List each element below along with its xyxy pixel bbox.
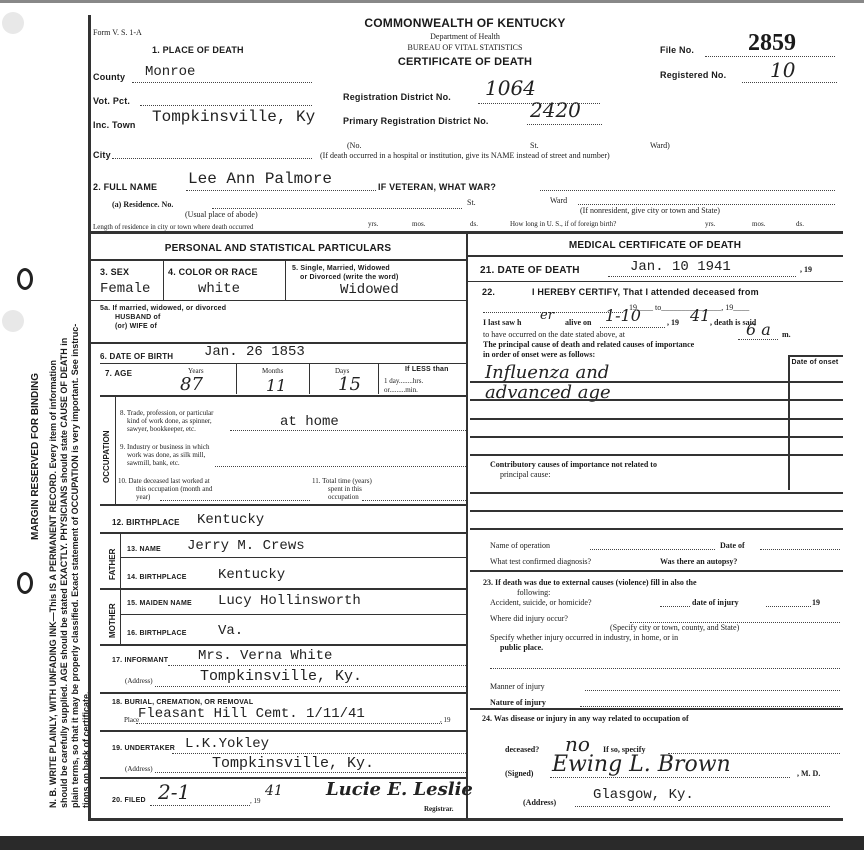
trade-label-2: kind of work done, as spinner, [127,417,212,425]
certificate-title: CERTIFICATE OF DEATH [330,56,600,68]
attended-line: , 19____ to_______________, 19____ [625,303,749,312]
mother-section-rule [100,644,466,646]
accident-line [660,606,690,607]
nature-rule [470,708,843,710]
md-label: , M. D. [797,769,820,778]
cause-rule-3 [470,418,843,420]
city-label: City [93,150,111,160]
medical-section-title: MEDICAL CERTIFICATE OF DEATH [470,240,840,251]
physician-address-value: Glasgow, Ky. [593,787,694,803]
father-section-rule [100,588,466,590]
mother-name-value: Lucy Hollinsworth [218,593,361,609]
dod-label: 21. DATE OF DEATH [480,265,580,276]
undertaker-address-line [155,772,466,773]
contributory-text-2: principal cause: [500,470,550,479]
months-label: Months [262,367,283,375]
undertaker-line [172,753,466,754]
father-name-label: 13. NAME [127,546,161,553]
primary-district-line [527,124,602,125]
less-than-label: If LESS than [405,366,449,373]
operation-line [590,549,715,550]
father-bp-label: 14. BIRTHPLACE [127,574,187,581]
informant-address-label: (Address) [125,677,153,685]
age-label: 7. AGE [105,369,132,378]
mother-bp-label: 16. BIRTHPLACE [127,630,187,637]
less-day-label: 1 day........hrs. [384,377,423,385]
full-name-line [186,190,376,191]
occupation-side-label: OCCUPATION [102,430,111,483]
manner-line [585,690,840,691]
age-years-value: 87 [180,374,203,395]
dob-rule [100,363,466,364]
age-div-1 [236,364,237,394]
time-suffix: m. [782,330,791,339]
manner-label: Manner of injury [490,682,545,691]
veteran-line [540,190,835,191]
last-worked-label-2: this occupation (month and [136,485,212,493]
form-id: Form V. S. 1-A [93,28,142,37]
residence-ward-line [578,204,835,205]
informant-address-value: Tompkinsville, Ky. [200,668,362,685]
age-days-value: 15 [338,374,361,395]
total-time-label-2: spent in this [328,485,362,493]
age-months-value: 11 [266,376,286,395]
injury-year-label: 19 [812,598,820,607]
residence-label: (a) Residence. No. [112,200,173,209]
specify-line [490,668,840,669]
residence-st-label: St. [467,198,476,207]
father-side-label: FATHER [108,549,117,580]
date-of-label: Date of [720,541,745,550]
dod-suffix: , 19 [800,265,812,274]
registrar-label: Registrar. [424,805,453,813]
file-no-line [705,56,835,57]
father-name-rule [121,557,466,558]
personal-section-title: PERSONAL AND STATISTICAL PARTICULARS [92,243,464,254]
filed-year-value: 41 [265,783,283,799]
signed-line [550,777,790,778]
spouse-label-2: HUSBAND of [115,314,161,321]
occupation-side-divider [115,396,116,504]
last-saw-year-pre: , 19 [667,318,679,327]
scan-top-edge [0,0,864,3]
last-worked-label-3: year) [136,493,150,501]
city-ward-label: Ward) [650,141,670,150]
last-worked-line [160,500,310,501]
margin-instructions-3: plain terms, so that it may be properly … [70,324,81,808]
county-value: Monroe [145,64,195,80]
foreign-ds-label: ds. [796,220,804,228]
burial-rule [100,730,466,732]
physician-signature: Ewing L. Brown [552,752,731,777]
age-rule [100,395,466,397]
principal-text-1: The principal cause of death and related… [483,340,694,349]
external-text-1: 23. If death was due to external causes … [483,578,697,587]
cause-rule-2 [470,399,843,401]
residence-line [212,208,462,209]
time-value: 6 a [746,320,771,339]
injury-date-label: date of injury [692,598,739,607]
registrar-signature: Lucie E. Leslie [326,779,473,800]
birthplace-label: 12. BIRTHPLACE [112,518,180,527]
last-saw-date-line [600,327,665,328]
mother-name-label: 15. MAIDEN NAME [127,600,192,607]
cause-rule-4 [470,436,843,438]
foreign-birth-label: How long in U. S., if of foreign birth? [510,220,616,228]
nature-label: Nature of injury [490,698,546,707]
autopsy-label: Was there an autopsy? [660,557,737,566]
filed-year-prefix: , 19 [250,797,261,805]
birthplace-rule [100,532,466,534]
registered-no-label: Registered No. [660,70,726,80]
date-of-onset-label: Date of onset [790,359,840,366]
inc-town-label: Inc. Town [93,120,136,130]
accident-label: Accident, suicide, or homicide? [490,598,592,607]
residence-sub: (Usual place of abode) [185,210,258,219]
undertaker-address-label: (Address) [125,765,153,773]
place-of-death-label: 1. PLACE OF DEATH [152,45,244,55]
state-title: COMMONWEALTH OF KENTUCKY [330,16,600,30]
primary-district-label: Primary Registration District No. [343,116,489,126]
time-line [738,339,778,340]
city-note: (If death occurred in a hospital or inst… [320,151,610,160]
last-worked-label-1: 10. Date deceased last worked at [118,477,210,485]
binding-hole-bottom [17,572,33,594]
industry-label-3: sawmill, bank, etc. [127,459,180,467]
last-saw-date: 1-10 [605,306,641,325]
filed-line [150,805,250,806]
scan-bottom-edge [0,836,864,850]
where-note: (Specify city or town, county, and State… [610,623,739,632]
column-divider [466,232,468,820]
veteran-label: IF VETERAN, WHAT WAR? [378,182,496,192]
injury-date-line [766,606,811,607]
row3-rule [90,300,466,301]
margin-instructions-1: N. B. WRITE PLAINLY, WITH UNFADING INK—T… [48,360,59,808]
undertaker-value: L.K.Yokley [185,736,269,752]
trade-label-3: sawyer, bookkeeper, etc. [127,425,196,433]
external-text-2: following: [517,588,550,597]
burial-line [136,723,442,724]
city-st-label: St. [530,141,539,150]
margin-binding-note: MARGIN RESERVED FOR BINDING [30,373,41,540]
cause-rule-5 [470,454,843,456]
medical-title-rule [468,255,843,257]
undertaker-label: 19. UNDERTAKER [112,745,175,752]
inc-town-value: Tompkinsville, Ky [152,108,315,126]
department-name: Department of Health [330,32,600,41]
deceased-label: deceased? [505,745,539,754]
date-of-line [760,549,840,550]
contrib-rule-2 [470,510,843,512]
less-min-label: or.........min. [384,386,418,394]
last-saw-year: 41 [690,306,710,325]
informant-value: Mrs. Verna White [198,648,332,664]
full-name-value: Lee Ann Palmore [188,170,332,188]
physician-address-label: (Address) [523,798,556,807]
industry-label-1: 9. Industry or business in which [120,443,209,451]
undertaker-address-value: Tompkinsville, Ky. [212,755,374,772]
certify-num: 22. [482,287,495,297]
autopsy-rule [470,570,843,572]
form-left-border [88,15,91,820]
personal-title-rule [90,259,466,261]
total-time-label-1: 11. Total time (years) [312,477,372,485]
onset-top-rule [788,355,843,357]
occurred-text: to have occurred on the date stated abov… [483,330,625,339]
yrs-label: yrs. [368,220,378,228]
total-time-label-3: occupation [328,493,359,501]
occupation-rule [100,504,466,506]
residence-ward-label: Ward [550,196,567,205]
city-no-label: (No. [347,141,361,150]
vot-pct-label: Vot. Pct. [93,96,130,106]
certify-text: I HEREBY CERTIFY, That I attended deceas… [532,287,759,297]
spouse-label-1: 5a. If married, widowed, or divorced [100,305,226,312]
physician-address-line [575,806,830,807]
last-saw-pre: I last saw h [483,318,521,327]
contributory-text-1: Contributory causes of importance not re… [490,460,657,469]
spouse-label-3: (or) WIFE of [115,323,157,330]
registered-no-value: 10 [770,58,795,82]
last-saw-pronoun: er [540,308,554,323]
length-residence-label: Length of residence in city or town wher… [93,223,253,231]
binding-hole-top [17,268,33,290]
q24-text: 24. Was disease or injury in any way rel… [482,714,689,723]
trade-label-1: 8. Trade, profession, or particular [120,409,214,417]
contrib-rule-3 [470,528,843,530]
vot-pct-line [140,105,312,106]
informant-address-line [155,686,466,687]
nonresident-note: (If nonresident, give city or town and S… [580,206,720,215]
specify-text-1: Specify whether injury occurred in indus… [490,633,678,642]
signed-label: (Signed) [505,769,533,778]
informant-label: 17. INFORMANT [112,657,168,664]
foreign-mos-label: mos. [752,220,765,228]
mos-label: mos. [412,220,425,228]
reg-district-value: 1064 [485,76,536,100]
county-line [132,82,312,83]
principal-text-2: in order of onset were as follows: [483,350,595,359]
father-name-value: Jerry M. Crews [187,538,305,554]
operation-label: Name of operation [490,541,550,550]
cause-line-1: Influenza and [485,362,609,383]
marital-label-1: 5. Single, Married, Widowed [292,265,390,272]
bureau-name: BUREAU OF VITAL STATISTICS [330,43,600,52]
age-div-2 [309,364,310,394]
county-label: County [93,72,125,82]
filed-label: 20. FILED [112,797,146,804]
race-marital-divider [285,260,286,300]
where-label: Where did injury occur? [490,614,568,623]
margin-instructions-2: should be carefully supplied. AGE should… [59,338,70,808]
dod-rule [468,281,843,282]
filed-value: 2-1 [158,780,190,804]
marital-label-2: or Divorced (write the word) [300,274,399,281]
dod-line [608,276,796,277]
registered-no-line [742,82,837,83]
onset-column-divider [788,355,790,490]
trade-line [230,430,466,431]
informant-line [168,665,466,666]
foreign-yrs-label: yrs. [705,220,715,228]
birthplace-value: Kentucky [197,512,264,528]
sex-race-divider [163,260,164,300]
dod-value: Jan. 10 1941 [630,259,731,275]
city-line [112,158,312,159]
burial-year-label: , 19 [440,716,451,724]
punch-hole-ghost-bottom [2,310,24,332]
race-value: white [198,281,240,297]
sex-label: 3. SEX [100,267,129,277]
industry-line [215,466,466,467]
dob-label: 6. DATE OF BIRTH [100,352,173,361]
ds-label: ds. [470,220,478,228]
industry-label-2: work was done, as silk mill, [127,451,205,459]
test-label: What test confirmed diagnosis? [490,557,591,566]
nature-line [580,706,840,707]
specify-text-2: public place. [500,643,543,652]
burial-value: Fleasant Hill Cemt. 1/11/41 [138,706,365,722]
file-no-label: File No. [660,45,694,55]
mother-bp-value: Va. [218,623,243,639]
full-name-label: 2. FULL NAME [93,182,157,192]
marital-value: Widowed [340,282,399,298]
primary-district-value: 2420 [530,98,581,122]
sex-value: Female [100,281,150,297]
mother-side-label: MOTHER [108,603,117,638]
age-div-3 [378,364,379,394]
race-label: 4. COLOR OR RACE [168,267,258,277]
dob-value: Jan. 26 1853 [204,344,305,360]
father-bp-value: Kentucky [218,567,285,583]
last-saw-mid: alive on [565,318,591,327]
punch-hole-ghost-top [2,12,24,34]
reg-district-label: Registration District No. [343,92,451,102]
informant-rule [100,692,466,694]
mother-name-rule [121,614,466,615]
contrib-rule-1 [470,492,843,494]
total-time-line [362,500,466,501]
burial-label: 18. BURIAL, CREMATION, OR REMOVAL [112,699,253,706]
file-no-value: 2859 [748,30,796,57]
trade-value: at home [280,414,339,430]
